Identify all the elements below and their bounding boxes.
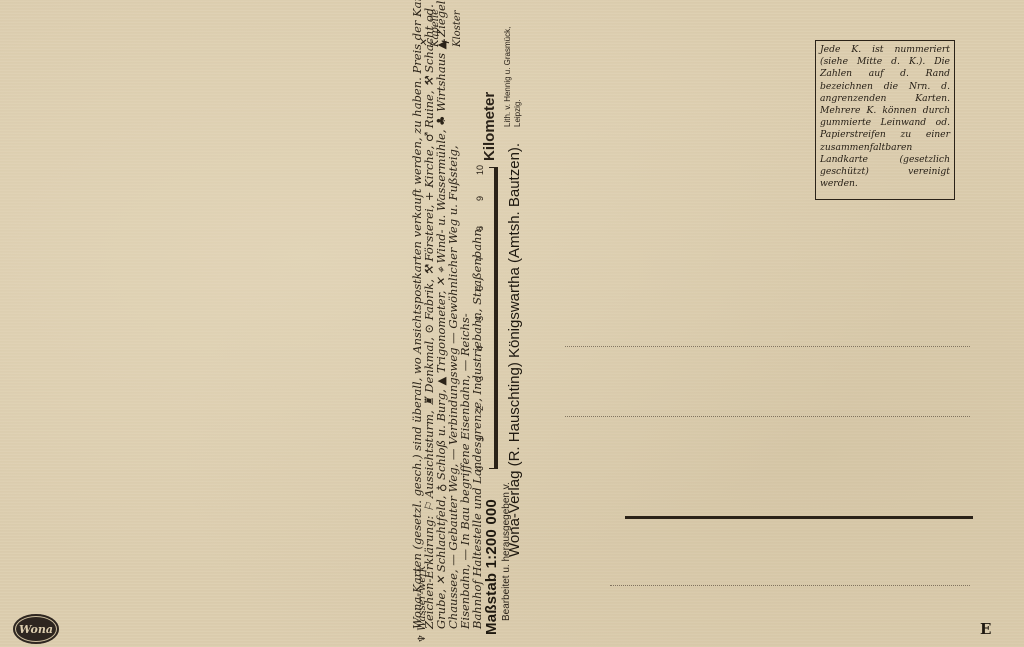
map-legend-column: ♆ Wasser-werk Wona-Karten (gesetzl. gesc… bbox=[405, 0, 535, 647]
address-line-2 bbox=[565, 416, 970, 417]
tick-7: 7 bbox=[475, 256, 485, 261]
tick-6: 6 bbox=[475, 286, 485, 291]
address-line-3 bbox=[625, 516, 973, 519]
tick-8: 8 bbox=[475, 226, 485, 231]
scale-ticks: 0 1 2 3 4 5 6 7 8 9 10 bbox=[475, 167, 487, 471]
tick-0: 0 bbox=[475, 466, 485, 471]
notice-text: Jede K. ist nummeriert (siehe Mitte d. K… bbox=[820, 44, 950, 190]
address-line-1 bbox=[565, 346, 970, 347]
kapelle-kloster-label: ✕ Kapelle ✝ Kloster bbox=[419, 0, 463, 47]
publisher-name: Wona-Verlag (R. Hauschting) Königswartha… bbox=[506, 143, 523, 557]
tick-5: 5 bbox=[475, 316, 485, 321]
numbering-notice-box: Jede K. ist nummeriert (siehe Mitte d. K… bbox=[815, 40, 955, 200]
address-line-4 bbox=[610, 585, 970, 586]
scale-label: Maßstab 1:200 000 bbox=[483, 499, 500, 635]
tick-2: 2 bbox=[475, 406, 485, 411]
tick-3: 3 bbox=[475, 376, 485, 381]
tick-9: 9 bbox=[475, 196, 485, 201]
corner-mark: E bbox=[980, 620, 991, 638]
wona-logo: Wona bbox=[13, 614, 59, 644]
scale-bar bbox=[489, 167, 498, 469]
tick-1: 1 bbox=[475, 436, 485, 441]
postcard-back: ♆ Wasser-werk Wona-Karten (gesetzl. gesc… bbox=[0, 0, 1024, 647]
tick-10: 10 bbox=[475, 165, 485, 175]
lithographer-credit: Lith. v. Hennig u. Grasmück, Leipzig. bbox=[503, 0, 523, 127]
tick-4: 4 bbox=[475, 346, 485, 351]
scale-unit: Kilometer bbox=[481, 92, 498, 161]
